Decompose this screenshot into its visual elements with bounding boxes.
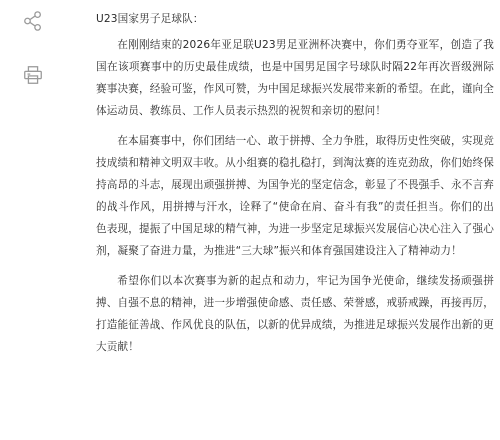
print-button[interactable]: [20, 64, 46, 90]
share-button[interactable]: [20, 10, 46, 36]
letter-salutation: U23国家男子足球队：: [96, 8, 494, 30]
letter-paragraph-3: 希望你们以本次赛事为新的起点和动力，牢记为国争光使命，继续发扬顽强拼搏、自强不息…: [96, 270, 494, 358]
letter-paragraph-1: 在刚刚结束的2026年亚足联U23男足亚洲杯决赛中，你们勇夺亚军，创造了我国在该…: [96, 34, 494, 122]
print-icon: [22, 64, 44, 90]
letter-paragraph-2: 在本届赛事中，你们团结一心、敢于拼搏、全力争胜，取得历史性突破，实现竞技成绩和精…: [96, 130, 494, 262]
letter-article: U23国家男子足球队： 在刚刚结束的2026年亚足联U23男足亚洲杯决赛中，你们…: [96, 8, 494, 366]
share-icon: [22, 10, 44, 36]
side-toolbar: [18, 10, 48, 90]
